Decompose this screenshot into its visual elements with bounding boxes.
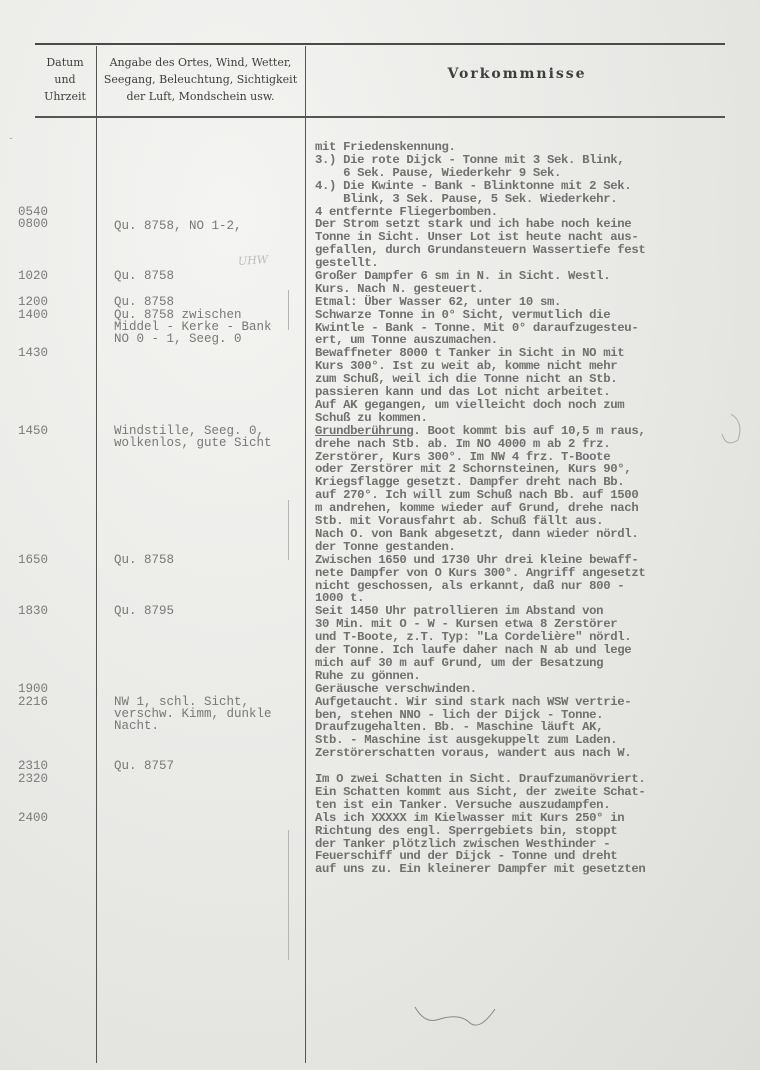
event-line: auf uns zu. Ein kleinerer Dampfer mit ge… bbox=[315, 863, 760, 876]
entry-events: Aufgetaucht. Wir sind stark nach WSW ver… bbox=[315, 696, 760, 760]
header-place-line: Seegang, Beleuchtung, Sichtigkeit bbox=[98, 71, 303, 88]
header-events-column: Vorkommnisse bbox=[307, 66, 727, 83]
header-date-line: Datum bbox=[36, 54, 94, 71]
event-line: der Tonne gestanden. bbox=[315, 541, 760, 554]
event-line: Zwischen 1650 und 1730 Uhr drei kleine b… bbox=[315, 554, 760, 567]
entry-time: 1400 bbox=[18, 309, 78, 321]
faint-mark-line bbox=[288, 500, 289, 560]
header-date-column: Datum und Uhrzeit bbox=[36, 54, 94, 105]
entry-events: Etmal: Über Wasser 62, unter 10 sm. bbox=[315, 296, 760, 309]
entry-time: 0800 bbox=[18, 218, 78, 230]
event-line: Zerstörerschatten voraus, wandert aus na… bbox=[315, 747, 760, 760]
event-line: nete Dampfer von O Kurs 300°. Angriff an… bbox=[315, 567, 760, 580]
entry-time: 2320 bbox=[18, 773, 78, 785]
column-divider-1 bbox=[96, 46, 97, 1063]
event-line: Nach O. von Bank abgesetzt, dann wieder … bbox=[315, 528, 760, 541]
handwritten-note: UHW bbox=[238, 253, 269, 268]
header-place-line: der Luft, Mondschein usw. bbox=[98, 88, 303, 105]
event-line: Als ich XXXXX im Kielwasser mit Kurs 250… bbox=[315, 812, 760, 825]
event-line: Ein Schatten kommt aus Sicht, der zweite… bbox=[315, 786, 760, 799]
entry-time: 1830 bbox=[18, 605, 78, 617]
event-line: Ruhe zu gönnen. bbox=[315, 670, 760, 683]
event-line: gefallen, durch Grundansteuern Wassertie… bbox=[315, 244, 760, 257]
entry-events: Geräusche verschwinden. bbox=[315, 683, 760, 696]
entry-place: Qu. 8758 bbox=[114, 296, 314, 308]
event-line: 4.) Die Kwinte - Bank - Blinktonne mit 2… bbox=[315, 180, 760, 193]
event-line: Geräusche verschwinden. bbox=[315, 683, 760, 696]
event-line: mich auf 30 m auf Grund, um der Besatzun… bbox=[315, 657, 760, 670]
event-line: Großer Dampfer 6 sm in N. in Sicht. West… bbox=[315, 270, 760, 283]
pencil-circle-mark bbox=[716, 410, 746, 450]
entry-events: mit Friedenskennung.3.) Die rote Dijck -… bbox=[315, 141, 760, 205]
entry-time: 2400 bbox=[18, 812, 78, 824]
entry-time: 1450 bbox=[18, 425, 78, 437]
entry-place: Windstille, Seeg. 0, wolkenlos, gute Sic… bbox=[114, 425, 314, 450]
entry-events: Großer Dampfer 6 sm in N. in Sicht. West… bbox=[315, 270, 760, 296]
entry-events: Als ich XXXXX im Kielwasser mit Kurs 250… bbox=[315, 812, 760, 876]
event-line: nicht geschossen, als erkannt, daß nur 8… bbox=[315, 580, 760, 593]
handwritten-squiggle bbox=[410, 1005, 530, 1035]
header-place-column: Angabe des Ortes, Wind, Wetter, Seegang,… bbox=[98, 54, 303, 105]
entry-time: 1020 bbox=[18, 270, 78, 282]
event-line: 6 Sek. Pause, Wiederkehr 9 Sek. bbox=[315, 167, 760, 180]
event-line: mit Friedenskennung. bbox=[315, 141, 760, 154]
entry-time: 2216 bbox=[18, 696, 78, 708]
entry-events: Im O zwei Schatten in Sicht. Draufzumanö… bbox=[315, 773, 760, 812]
event-line: Grundberührung. Boot kommt bis auf 10,5 … bbox=[315, 425, 760, 438]
event-line: ten ist ein Tanker. Versuche auszudampfe… bbox=[315, 799, 760, 812]
entry-events: Schwarze Tonne in 0° Sicht, vermutlich d… bbox=[315, 309, 760, 348]
entry-events: Bewaffneter 8000 t Tanker in Sicht in NO… bbox=[315, 347, 760, 424]
entry-events: Der Strom setzt stark und ich habe noch … bbox=[315, 218, 760, 270]
event-line: Blink, 3 Sek. Pause, 5 Sek. Wiederkehr. bbox=[315, 193, 760, 206]
stray-mark: ˇ bbox=[8, 138, 14, 149]
entry-place: Qu. 8758 zwischen Middel - Kerke - Bank … bbox=[114, 309, 314, 346]
event-line: Schuß zu kommen. bbox=[315, 412, 760, 425]
header-rule bbox=[35, 116, 725, 118]
event-line: Richtung des engl. Sperrgebiets bin, sto… bbox=[315, 825, 760, 838]
event-line: Stb. mit Vorausfahrt ab. Schuß fällt aus… bbox=[315, 515, 760, 528]
header-date-line: und bbox=[36, 71, 94, 88]
entry-place: Qu. 8758 bbox=[114, 554, 314, 566]
header-date-line: Uhrzeit bbox=[36, 88, 94, 105]
event-line: 3.) Die rote Dijck - Tonne mit 3 Sek. Bl… bbox=[315, 154, 760, 167]
entry-place: Qu. 8757 bbox=[114, 760, 314, 772]
entry-events: Zwischen 1650 und 1730 Uhr drei kleine b… bbox=[315, 554, 760, 606]
event-line: Etmal: Über Wasser 62, unter 10 sm. bbox=[315, 296, 760, 309]
event-line: drehe nach Stb. ab. Im NO 4000 m ab 2 fr… bbox=[315, 438, 760, 451]
entry-time: 1650 bbox=[18, 554, 78, 566]
entry-place: NW 1, schl. Sicht, verschw. Kimm, dunkle… bbox=[114, 696, 314, 733]
top-rule bbox=[35, 43, 725, 45]
logbook-page: Datum und Uhrzeit Angabe des Ortes, Wind… bbox=[0, 0, 760, 1070]
entry-time: 1900 bbox=[18, 683, 78, 695]
event-line: Kurs. Nach N. gesteuert. bbox=[315, 283, 760, 296]
entry-time: 2310 bbox=[18, 760, 78, 772]
entry-events: Grundberührung. Boot kommt bis auf 10,5 … bbox=[315, 425, 760, 554]
event-line: Aufgetaucht. Wir sind stark nach WSW ver… bbox=[315, 696, 760, 709]
entry-place: Qu. 8758, NO 1-2, bbox=[114, 220, 314, 232]
entry-time: 0540 bbox=[18, 206, 78, 218]
header-place-line: Angabe des Ortes, Wind, Wetter, bbox=[98, 54, 303, 71]
event-line: Auf AK gegangen, um vielleicht doch noch… bbox=[315, 399, 760, 412]
entry-place: Qu. 8758 bbox=[114, 270, 314, 282]
entry-time: 1430 bbox=[18, 347, 78, 359]
entry-time: 1200 bbox=[18, 296, 78, 308]
event-line: Schwarze Tonne in 0° Sicht, vermutlich d… bbox=[315, 309, 760, 322]
faint-mark-line bbox=[288, 830, 289, 960]
entry-place: Qu. 8795 bbox=[114, 605, 314, 617]
entry-events: Seit 1450 Uhr patrollieren im Abstand vo… bbox=[315, 605, 760, 682]
